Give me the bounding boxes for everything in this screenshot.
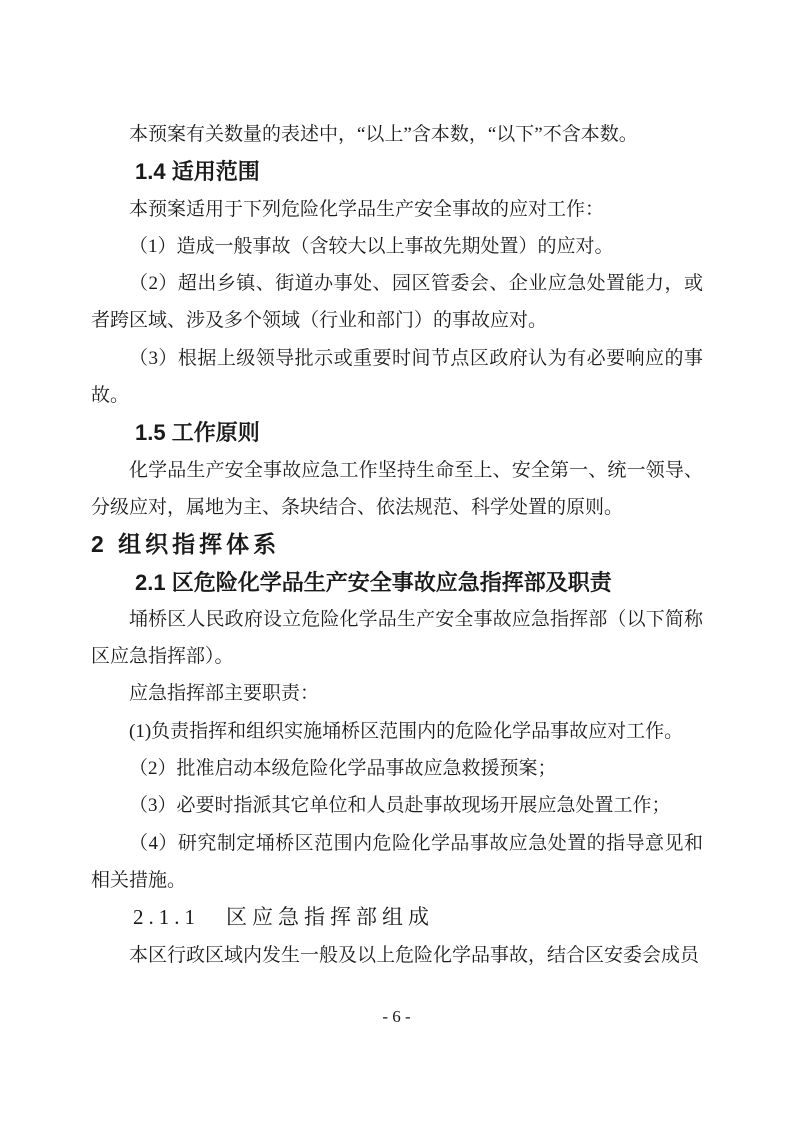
page-number: - 6 - (382, 1007, 410, 1026)
page-footer: - 6 - (0, 1004, 793, 1030)
list-item-paragraph: (1)负责指挥和组织实施埇桥区范围内的危险化学品事故应对工作。 (91, 713, 703, 750)
paragraph: 本预案适用于下列危险化学品生产安全事故的应对工作： (91, 191, 703, 228)
section-heading-1-4: 1.4 适用范围 (135, 153, 703, 190)
paragraph: 本区行政区域内发生一般及以上危险化学品事故，结合区安委会成员 (91, 937, 703, 974)
section-heading-1-5: 1.5 工作原则 (135, 414, 703, 451)
paragraph: 应急指挥部主要职责： (91, 675, 703, 712)
chapter-heading-2: 2 组织指挥体系 (91, 526, 703, 563)
list-item-paragraph: （1）造成一般事故（含较大以上事故先期处置）的应对。 (91, 228, 703, 265)
list-item-paragraph: （3）必要时指派其它单位和人员赴事故现场开展应急处置工作； (91, 787, 703, 824)
list-item-paragraph: （3）根据上级领导批示或重要时间节点区政府认为有必要响应的事故。 (91, 340, 703, 415)
paragraph: 本预案有关数量的表述中，“以上”含本数，“以下”不含本数。 (91, 116, 703, 153)
section-heading-2-1: 2.1 区危险化学品生产安全事故应急指挥部及职责 (135, 564, 703, 601)
list-item-paragraph: （2）超出乡镇、街道办事处、园区管委会、企业应急处置能力，或者跨区域、涉及多个领… (91, 265, 703, 340)
list-item-paragraph: （4）研究制定埇桥区范围内危险化学品事故应急处置的指导意见和相关措施。 (91, 825, 703, 900)
paragraph: 化学品生产安全事故应急工作坚持生命至上、安全第一、统一领导、分级应对，属地为主、… (91, 452, 703, 527)
sub-heading-2-1-1: 2.1.1 区应急指挥部组成 (133, 899, 703, 936)
document-body: 本预案有关数量的表述中，“以上”含本数，“以下”不含本数。 1.4 适用范围 本… (91, 116, 703, 974)
document-page: 本预案有关数量的表述中，“以上”含本数，“以下”不含本数。 1.4 适用范围 本… (0, 0, 793, 1122)
list-item-paragraph: （2）批准启动本级危险化学品事故应急救援预案； (91, 750, 703, 787)
paragraph: 埇桥区人民政府设立危险化学品生产安全事故应急指挥部（以下简称区应急指挥部）。 (91, 601, 703, 676)
